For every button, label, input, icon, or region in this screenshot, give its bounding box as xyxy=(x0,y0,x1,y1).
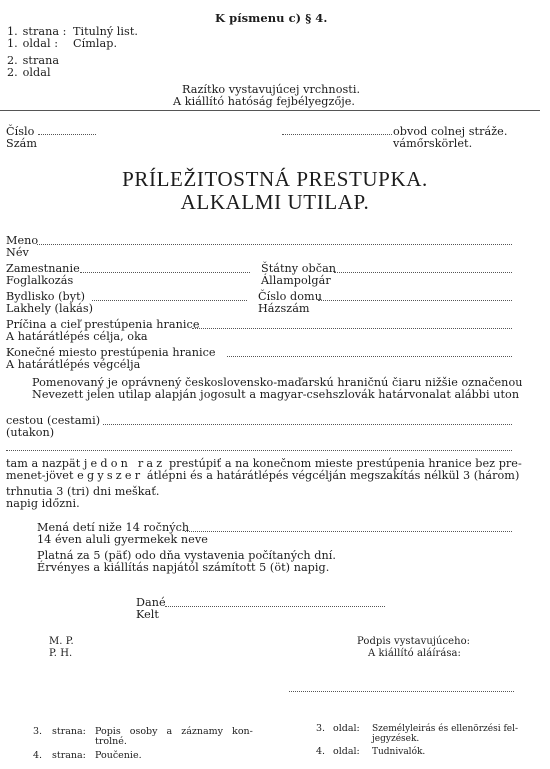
route-label-hu: (utakon) xyxy=(6,427,54,439)
district-field[interactable] xyxy=(282,134,392,135)
citizen-field[interactable] xyxy=(334,272,512,273)
footer-left-3-num: 3. xyxy=(33,727,42,738)
seal-label-sk: M. P. xyxy=(49,636,74,648)
validity-text-hu: Érvényes a kiállítás napjától számított … xyxy=(37,562,329,574)
residence-label-hu: Lakhely (lakás) xyxy=(6,303,93,315)
destination-label-hu: A határátlépés végcélja xyxy=(6,359,140,371)
citizen-label-hu: Állampolgár xyxy=(261,275,331,287)
footer-left-4-num: 4. xyxy=(33,751,42,762)
header-divider xyxy=(0,110,540,111)
signature-label-hu: A kiállító aláírása: xyxy=(368,648,461,660)
house-number-label-hu: Házszám xyxy=(258,303,310,315)
footer-right-3-label: oldal: xyxy=(333,724,360,735)
route-field-continued[interactable] xyxy=(6,450,512,451)
document-title-sk: PRÍLEŽITOSTNÁ PRESTUPKA. xyxy=(0,167,550,191)
footer-right-4-num: 4. xyxy=(316,747,325,758)
permission-text-hu: Nevezett jelen utilap alapján jogosult a… xyxy=(32,389,519,401)
footer-right-3-text2: jegyzések. xyxy=(372,734,419,745)
page-label-1-hu-text: Címlap. xyxy=(73,38,117,50)
destination-field[interactable] xyxy=(227,356,512,357)
signature-label-sk: Podpis vystavujúceho: xyxy=(357,636,470,648)
page-label-1-hu: 1. oldal : xyxy=(7,38,58,50)
crossing-text-hu: menet-jövet egyszer átlépni és a határát… xyxy=(6,470,519,482)
footer-right-4-text: Tudnivalók. xyxy=(372,747,425,758)
district-label-hu: vámőrskörlet. xyxy=(393,138,472,150)
document-title-hu: ALKALMI UTILAP. xyxy=(0,190,550,214)
occupation-label-hu: Foglalkozás xyxy=(6,275,73,287)
stay-text-hu: napig időzni. xyxy=(6,498,80,510)
seal-label-hu: P. H. xyxy=(49,648,72,660)
footer-right-4-label: oldal: xyxy=(333,747,360,758)
number-field[interactable] xyxy=(38,134,96,135)
purpose-field[interactable] xyxy=(192,328,512,329)
children-label-hu: 14 éven aluli gyermekek neve xyxy=(37,534,208,546)
number-label-hu: Szám xyxy=(6,138,37,150)
legal-reference: K písmenu c) § 4. xyxy=(215,12,327,24)
name-field[interactable] xyxy=(37,244,512,245)
route-field[interactable] xyxy=(103,424,512,425)
stamp-label-hu: A kiállító hatóság fejbélyegzője. xyxy=(173,96,355,108)
given-label-hu: Kelt xyxy=(136,609,159,621)
footer-left-3-text2: trolné. xyxy=(95,737,127,748)
residence-field[interactable] xyxy=(92,300,247,301)
page-label-2-hu: 2. oldal xyxy=(7,67,51,79)
occupation-field[interactable] xyxy=(80,272,250,273)
name-label-hu: Név xyxy=(6,247,29,259)
children-field[interactable] xyxy=(185,531,512,532)
house-number-field[interactable] xyxy=(318,300,512,301)
signature-field[interactable] xyxy=(289,691,514,692)
footer-left-4-text: Poučenie. xyxy=(95,751,142,762)
footer-right-3-num: 3. xyxy=(316,724,325,735)
footer-left-3-label: strana: xyxy=(52,727,86,738)
footer-left-4-label: strana: xyxy=(52,751,86,762)
footer-right-3-text: Személyleirás és ellenörzési fel- xyxy=(372,724,518,735)
date-place-field[interactable] xyxy=(165,606,385,607)
purpose-label-hu: A határátlépés célja, oka xyxy=(6,331,148,343)
